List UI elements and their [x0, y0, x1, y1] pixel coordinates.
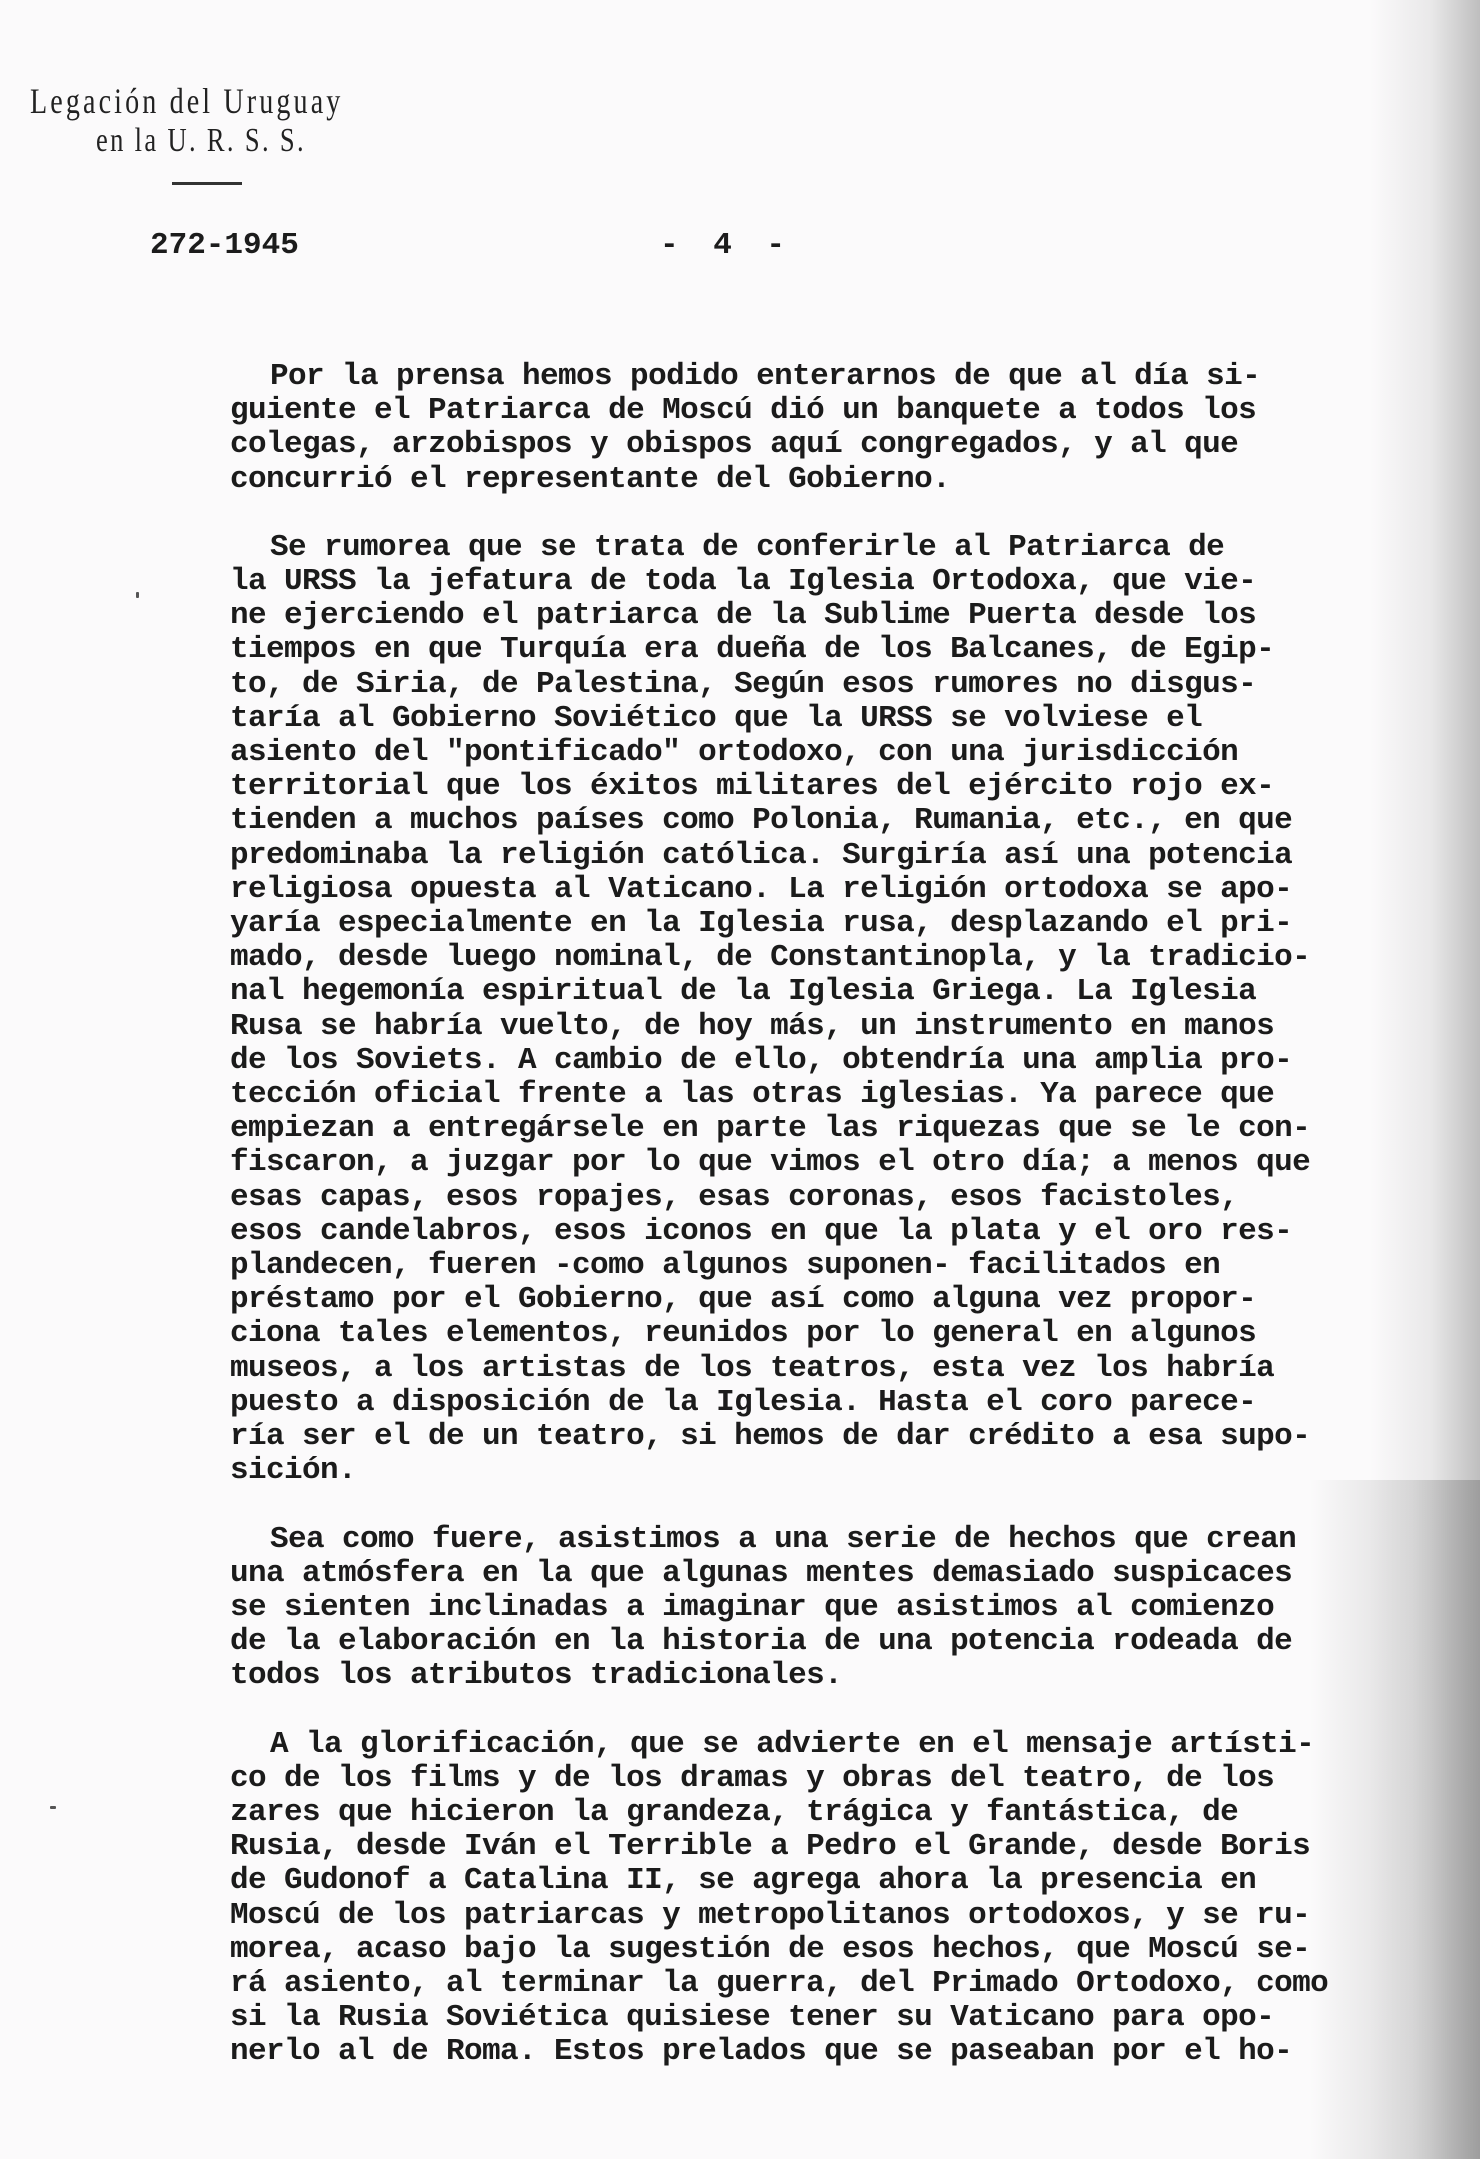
text-line: ne ejerciendo el patriarca de la Sublime… — [230, 599, 1470, 633]
letterhead-line-1: Legación del Uruguay — [30, 80, 343, 122]
letterhead-rule — [172, 182, 242, 185]
text-line: ría ser el de un teatro, si hemos de dar… — [230, 1420, 1470, 1454]
text-line: A la glorificación, que se advierte en e… — [230, 1728, 1470, 1762]
paragraph-2: Se rumorea que se trata de conferirle al… — [230, 531, 1470, 1489]
text-line: predominaba la religión católica. Surgir… — [230, 839, 1470, 873]
document-page: Legación del Uruguay en la U. R. S. S. 2… — [0, 0, 1480, 2159]
text-line: colegas, arzobispos y obispos aquí congr… — [230, 428, 1470, 462]
text-line: Moscú de los patriarcas y metropolitanos… — [230, 1899, 1470, 1933]
text-line: nerlo al de Roma. Estos prelados que se … — [230, 2035, 1470, 2069]
text-line: plandecen, fueren -como algunos suponen-… — [230, 1249, 1470, 1283]
paragraph-4: A la glorificación, que se advierte en e… — [230, 1728, 1470, 2070]
text-line: Rusia, desde Iván el Terrible a Pedro el… — [230, 1830, 1470, 1864]
text-line: Rusa se habría vuelto, de hoy más, un in… — [230, 1010, 1470, 1044]
reference-number: 272-1945 — [150, 228, 299, 263]
paragraph-3: Sea como fuere, asistimos a una serie de… — [230, 1523, 1470, 1694]
text-line: esos candelabros, esos iconos en que la … — [230, 1215, 1470, 1249]
text-line: guiente el Patriarca de Moscú dió un ban… — [230, 394, 1470, 428]
text-line: museos, a los artistas de los teatros, e… — [230, 1352, 1470, 1386]
text-line: una atmósfera en la que algunas mentes d… — [230, 1557, 1470, 1591]
text-line: mado, desde luego nominal, de Constantin… — [230, 941, 1470, 975]
text-line: rá asiento, al terminar la guerra, del P… — [230, 1967, 1470, 2001]
text-line: asiento del "pontificado" ortodoxo, con … — [230, 736, 1470, 770]
text-line: taría al Gobierno Soviético que la URSS … — [230, 702, 1470, 736]
text-line: Se rumorea que se trata de conferirle al… — [230, 531, 1470, 565]
document-body: Por la prensa hemos podido enterarnos de… — [230, 360, 1470, 2104]
text-line: de Gudonof a Catalina II, se agrega ahor… — [230, 1864, 1470, 1898]
text-line: ciona tales elementos, reunidos por lo g… — [230, 1317, 1470, 1351]
text-line: se sienten inclinadas a imaginar que asi… — [230, 1591, 1470, 1625]
text-line: Sea como fuere, asistimos a una serie de… — [230, 1523, 1470, 1557]
text-line: tiempos en que Turquía era dueña de los … — [230, 633, 1470, 667]
page-number: - 4 - — [660, 228, 793, 263]
text-line: zares que hicieron la grandeza, trágica … — [230, 1796, 1470, 1830]
text-line: empiezan a entregársele en parte las riq… — [230, 1112, 1470, 1146]
text-line: esas capas, esos ropajes, esas coronas, … — [230, 1181, 1470, 1215]
scan-speck — [136, 592, 139, 598]
letterhead-line-2: en la U. R. S. S. — [96, 122, 306, 160]
text-line: la URSS la jefatura de toda la Iglesia O… — [230, 565, 1470, 599]
text-line: to, de Siria, de Palestina, Según esos r… — [230, 668, 1470, 702]
text-line: puesto a disposición de la Iglesia. Hast… — [230, 1386, 1470, 1420]
text-line: fiscaron, a juzgar por lo que vimos el o… — [230, 1146, 1470, 1180]
text-line: co de los films y de los dramas y obras … — [230, 1762, 1470, 1796]
text-line: tección oficial frente a las otras igles… — [230, 1078, 1470, 1112]
text-line: de la elaboración en la historia de una … — [230, 1625, 1470, 1659]
text-line: todos los atributos tradicionales. — [230, 1659, 1470, 1693]
paragraph-1: Por la prensa hemos podido enterarnos de… — [230, 360, 1470, 497]
text-line: Por la prensa hemos podido enterarnos de… — [230, 360, 1470, 394]
text-line: territorial que los éxitos militares del… — [230, 770, 1470, 804]
text-line: si la Rusia Soviética quisiese tener su … — [230, 2001, 1470, 2035]
text-line: concurrió el representante del Gobierno. — [230, 463, 1470, 497]
text-line: de los Soviets. A cambio de ello, obtend… — [230, 1044, 1470, 1078]
text-line: yaría especialmente en la Iglesia rusa, … — [230, 907, 1470, 941]
text-line: morea, acaso bajo la sugestión de esos h… — [230, 1933, 1470, 1967]
text-line: sición. — [230, 1454, 1470, 1488]
text-line: religiosa opuesta al Vaticano. La religi… — [230, 873, 1470, 907]
scan-speck — [50, 1806, 56, 1809]
text-line: tienden a muchos países como Polonia, Ru… — [230, 804, 1470, 838]
text-line: préstamo por el Gobierno, que así como a… — [230, 1283, 1470, 1317]
text-line: nal hegemonía espiritual de la Iglesia G… — [230, 975, 1470, 1009]
